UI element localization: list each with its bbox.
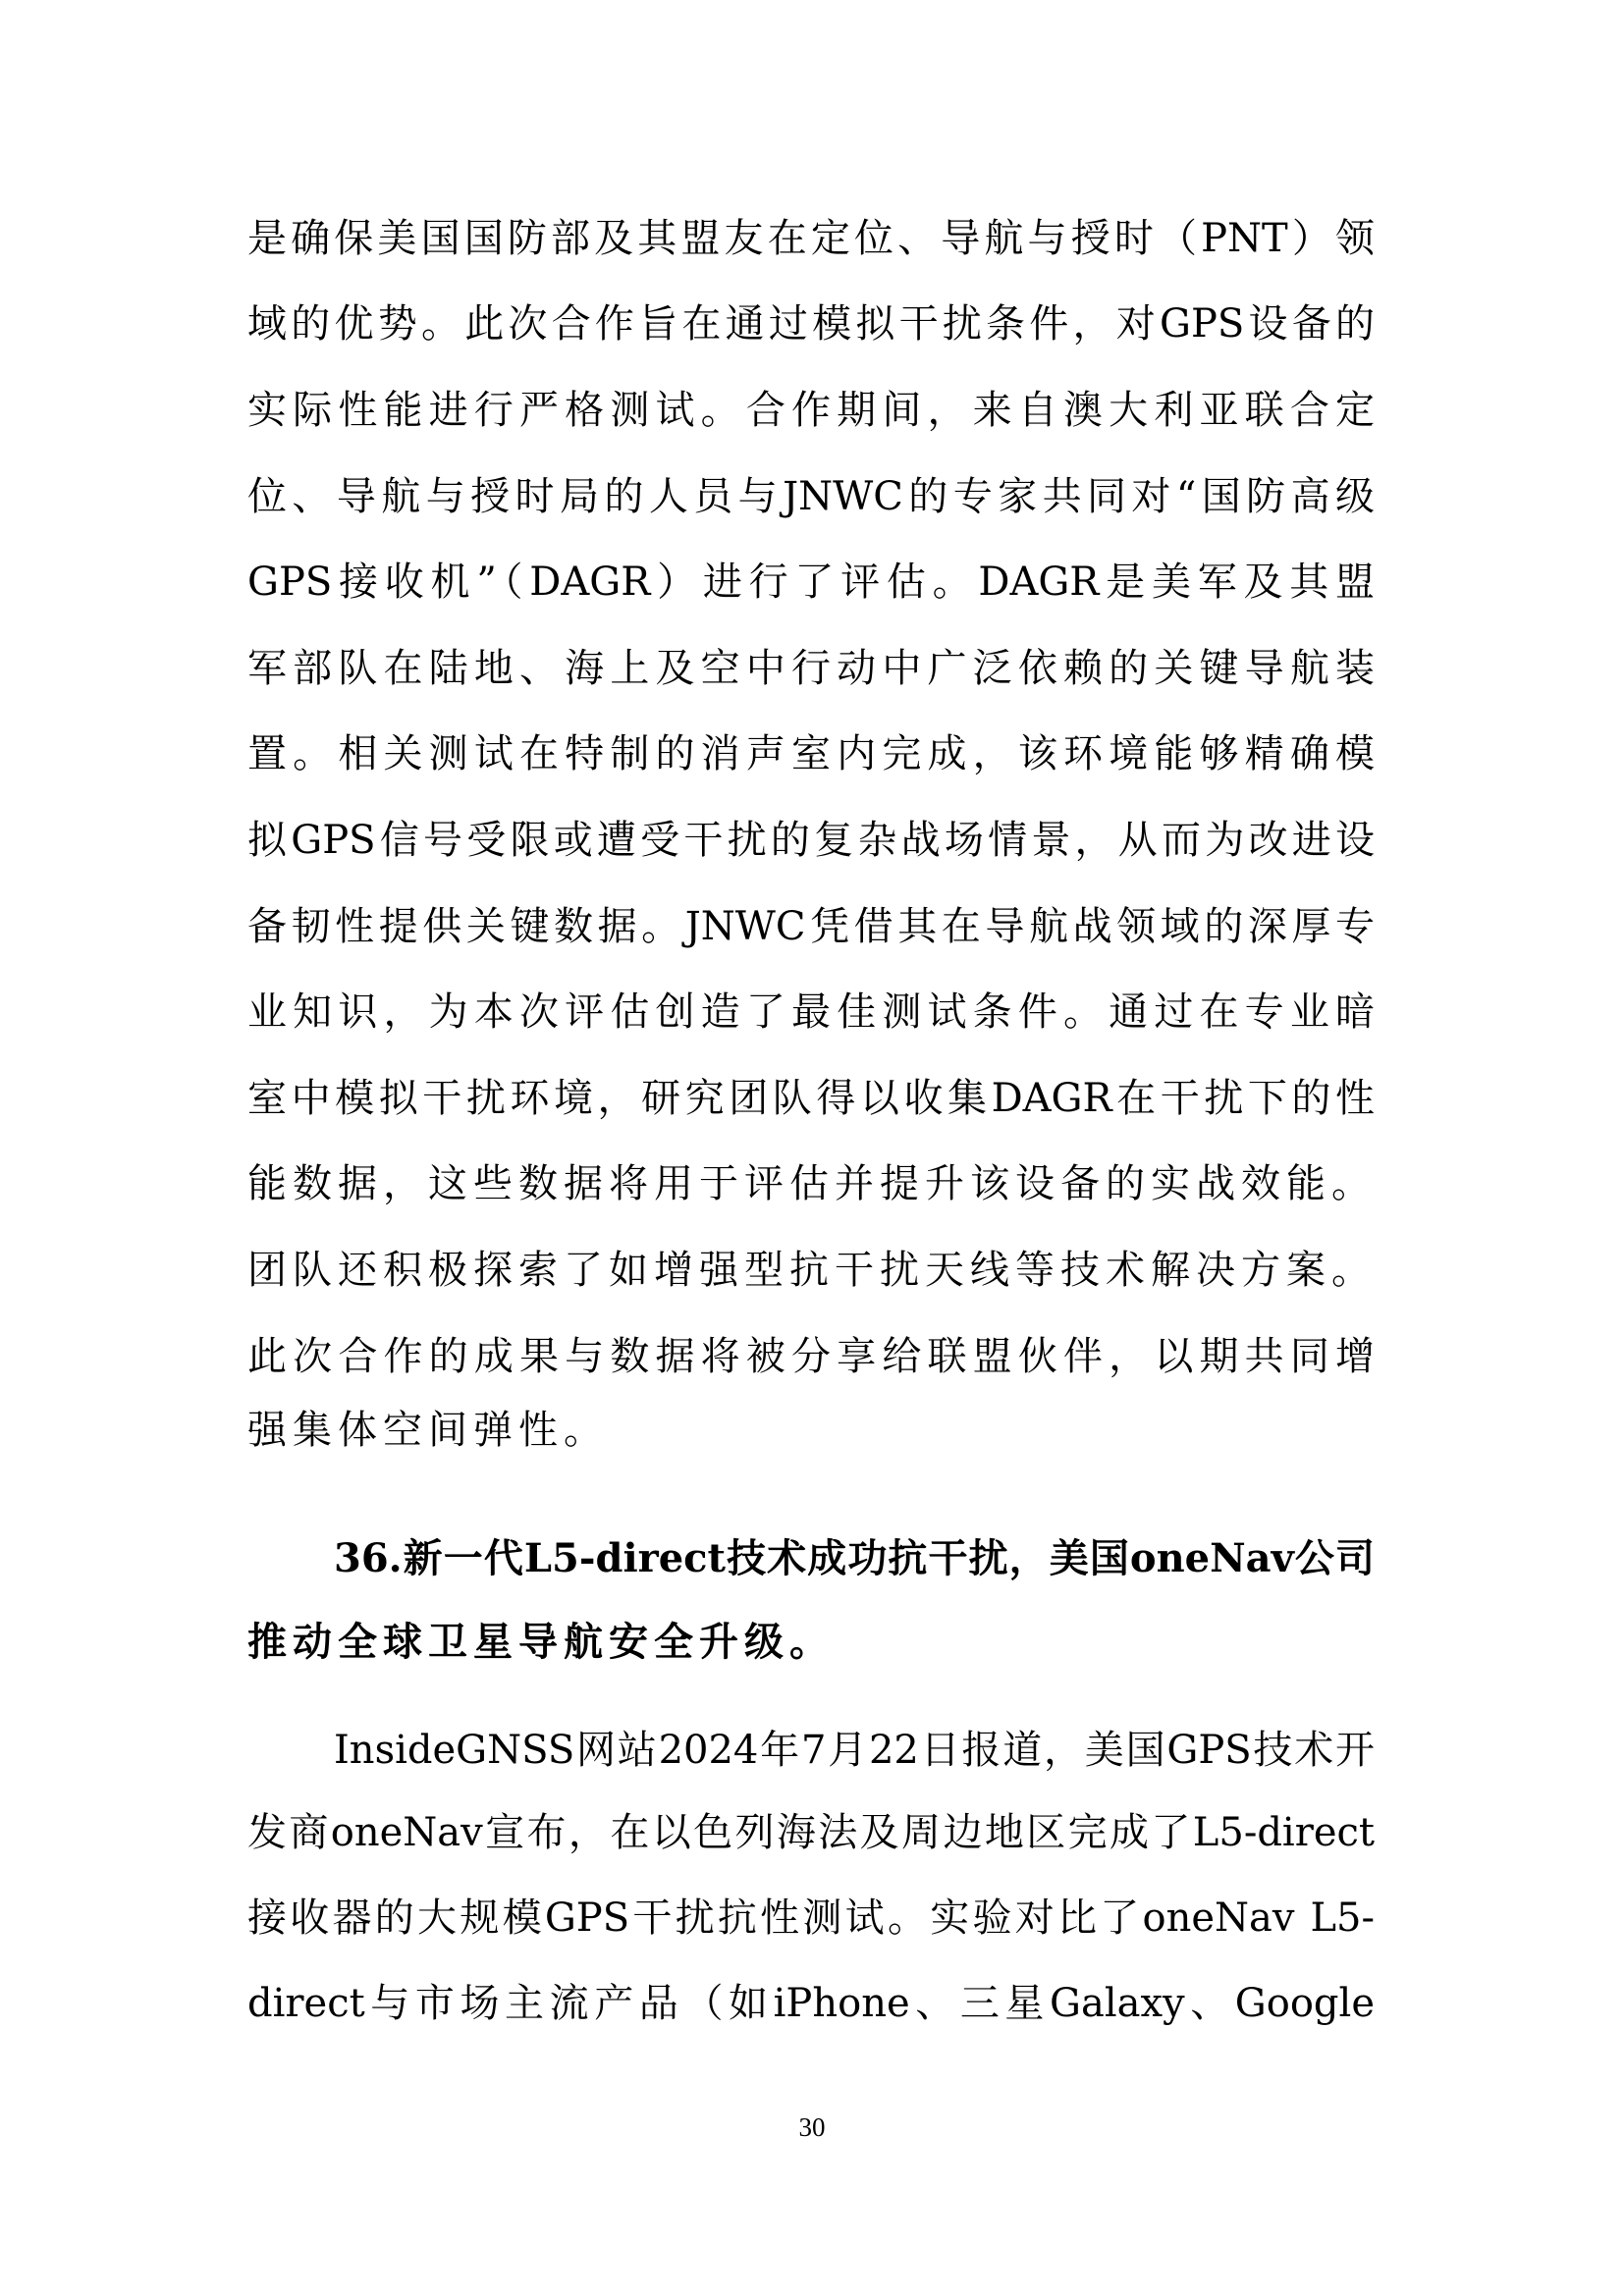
paragraph-line: 域的优势。此次合作旨在通过模拟干扰条件，对GPS设备的 xyxy=(247,294,1375,353)
paragraph-line: 业知识，为本次评估创造了最佳测试条件。通过在专业暗 xyxy=(247,983,1375,1041)
paragraph-line: GPS接收机”（DAGR）进行了评估。DAGR是美军及其盟 xyxy=(247,553,1375,612)
heading-line: 推动全球卫星导航安全升级。 xyxy=(247,1613,1375,1672)
paragraph-line: InsideGNSS网站2024年7月22日报道，美国GPS技术开 xyxy=(334,1721,1375,1780)
paragraph-line: 团队还积极探索了如增强型抗干扰天线等技术解决方案。 xyxy=(247,1241,1375,1300)
paragraph-line: 发商oneNav宣布，在以色列海法及周边地区完成了L5-direct xyxy=(247,1803,1375,1862)
document-page: 是确保美国国防部及其盟友在定位、导航与授时（PNT）领 域的优势。此次合作旨在通… xyxy=(0,0,1624,2296)
page-number: 30 xyxy=(0,2110,1624,2144)
heading-line: 36.新一代L5-direct技术成功抗干扰，美国oneNav公司 xyxy=(334,1529,1375,1588)
paragraph-line: 置。相关测试在特制的消声室内完成，该环境能够精确模 xyxy=(247,724,1375,783)
paragraph-line: 室中模拟干扰环境，研究团队得以收集DAGR在干扰下的性 xyxy=(247,1069,1375,1128)
paragraph-line: 接收器的大规模GPS干扰抗性测试。实验对比了oneNav L5- xyxy=(247,1889,1375,1948)
paragraph-line: direct与市场主流产品（如iPhone、三星Galaxy、Google xyxy=(247,1974,1375,2033)
paragraph-line: 备韧性提供关键数据。JNWC凭借其在导航战领域的深厚专 xyxy=(247,897,1375,956)
paragraph-line: 实际性能进行严格测试。合作期间，来自澳大利亚联合定 xyxy=(247,381,1375,440)
paragraph-line: 强集体空间弹性。 xyxy=(247,1401,1375,1460)
paragraph-line: 军部队在陆地、海上及空中行动中广泛依赖的关键导航装 xyxy=(247,639,1375,698)
paragraph-line: 能数据，这些数据将用于评估并提升该设备的实战效能。 xyxy=(247,1154,1375,1213)
paragraph-line: 位、导航与授时局的人员与JNWC的专家共同对“国防高级 xyxy=(247,467,1375,526)
paragraph-line: 是确保美国国防部及其盟友在定位、导航与授时（PNT）领 xyxy=(247,209,1375,268)
paragraph-line: 此次合作的成果与数据将被分享给联盟伙伴，以期共同增 xyxy=(247,1327,1375,1386)
paragraph-line: 拟GPS信号受限或遭受干扰的复杂战场情景，从而为改进设 xyxy=(247,811,1375,870)
